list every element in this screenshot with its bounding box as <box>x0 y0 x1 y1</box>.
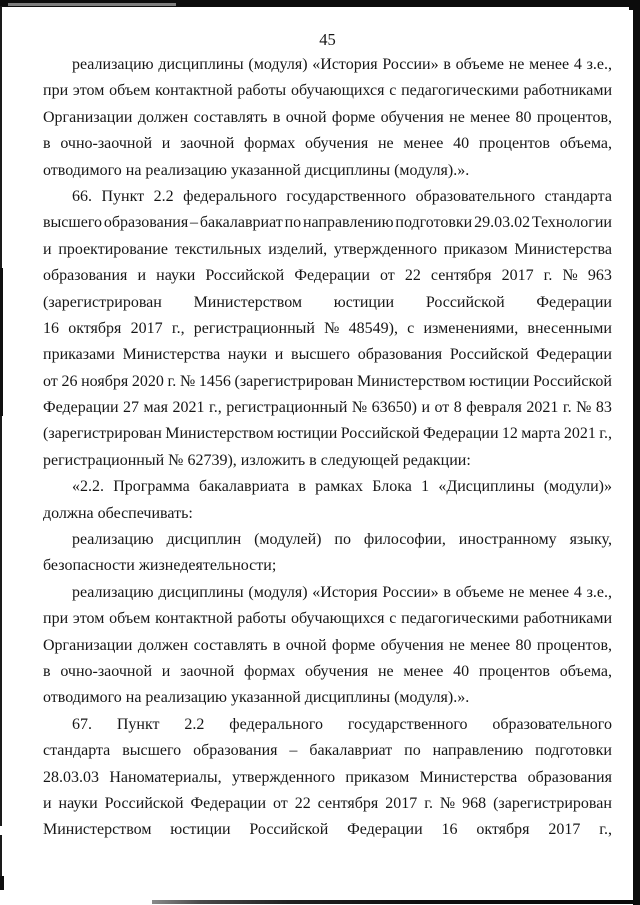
word: и <box>43 791 52 817</box>
word: текстильных <box>175 237 262 263</box>
word: февраля <box>466 395 522 421</box>
word: объема, <box>560 659 612 685</box>
text-line: ипроектированиетекстильныхизделий,утверж… <box>43 237 612 263</box>
text-line: Организациидолженсоставлятьвочнойформеоб… <box>43 633 612 659</box>
text-line: от26ноября2020г.№1456(зарегистрированМин… <box>43 369 612 395</box>
word: № <box>352 395 367 421</box>
word: бакалавриат <box>200 210 283 236</box>
word: 63650) <box>372 395 417 421</box>
word: юстиции <box>277 421 337 447</box>
word: утвержденного <box>232 765 335 791</box>
text-line: высшегообразования–бакалавриатпонаправле… <box>43 210 612 236</box>
word: 2021 <box>526 395 558 421</box>
word: объем <box>109 78 150 104</box>
word: – <box>190 210 198 236</box>
text-line: образованияинаукиРоссийскойФедерацииот22… <box>43 263 612 289</box>
word: г. <box>424 791 433 817</box>
word: и <box>43 237 52 263</box>
text-line: (зарегистрированМинистерствомюстицииРосс… <box>43 290 612 316</box>
word: объеме <box>456 580 504 606</box>
scan-edge-left-thick <box>0 268 3 416</box>
word: (зарегистрирован <box>235 369 354 395</box>
word: по <box>404 738 421 764</box>
word: и <box>275 342 284 368</box>
word: не <box>378 131 394 157</box>
word: приказами <box>43 342 115 368</box>
word: государственного <box>348 712 468 738</box>
word: Федерации <box>536 290 612 316</box>
word: (модуля) <box>248 580 307 606</box>
word: мая <box>144 395 168 421</box>
word: обучения <box>305 131 368 157</box>
word: 2.2 <box>154 184 174 210</box>
word: 40 <box>453 659 469 685</box>
word: и <box>162 131 171 157</box>
word: з.е., <box>587 52 612 78</box>
word: 1 <box>421 474 429 500</box>
word: регистрационный <box>226 395 347 421</box>
word: образования <box>104 210 188 236</box>
word: 2017 <box>385 791 417 817</box>
word: высшего <box>122 738 181 764</box>
word: Наноматериалы, <box>109 765 221 791</box>
word: № <box>576 395 591 421</box>
scan-edge-right <box>633 0 640 905</box>
word: от <box>435 395 450 421</box>
word: 80 <box>516 105 532 131</box>
text-line: Организациидолженсоставлятьвочнойформеоб… <box>43 105 612 131</box>
text-line: (зарегистрированМинистерствомюстицииРосс… <box>43 421 612 447</box>
word: стандарта <box>43 738 110 764</box>
text-line: «2.2.ПрограммабакалавриатаврамкахБлока1«… <box>43 474 612 500</box>
word: реализацию <box>72 52 154 78</box>
word: Российской <box>341 421 420 447</box>
word: федерального <box>229 712 323 738</box>
word: очно-заочной <box>60 131 152 157</box>
word: 2021 <box>564 421 596 447</box>
word: обучающихся <box>291 78 385 104</box>
word: 968 <box>462 791 486 817</box>
word: философии, <box>364 527 446 553</box>
word: Организации <box>43 633 132 659</box>
word: г., <box>599 817 612 843</box>
word: № <box>440 791 455 817</box>
text-line: вочно-заочнойизаочнойформахобучениянемен… <box>43 659 612 685</box>
word: (модуля) <box>248 52 307 78</box>
word: и <box>162 659 171 685</box>
word: Пункт <box>102 184 145 210</box>
word: сентября <box>431 263 492 289</box>
word: в <box>298 474 306 500</box>
text-line: 28.03.03Наноматериалы,утвержденногоприка… <box>43 765 612 791</box>
word: процентов, <box>537 105 612 131</box>
word: форме <box>332 105 375 131</box>
text-line: реализациюдисциплины(модуля)«ИсторияРосс… <box>43 580 612 606</box>
word: (модулей) <box>254 527 321 553</box>
word: не <box>378 659 394 685</box>
word: от <box>43 369 58 395</box>
text-line: стандартавысшегообразования–бакалавриатп… <box>43 738 612 764</box>
word: г., <box>172 316 185 342</box>
word: обучения <box>381 105 444 131</box>
word: (зарегистрирован <box>493 791 612 817</box>
word: в <box>273 633 281 659</box>
word: Российской <box>533 369 612 395</box>
word: высшего <box>291 342 350 368</box>
word: направлению <box>433 738 524 764</box>
word: России» <box>382 580 438 606</box>
word: менее <box>403 131 443 157</box>
scan-edge-top-gray <box>8 3 176 6</box>
word: регистрационный <box>194 316 315 342</box>
word: 4 <box>574 580 582 606</box>
word: образования <box>358 342 442 368</box>
word: дисциплины <box>158 52 243 78</box>
text-line: отводимого на реализацию указанной дисци… <box>43 158 612 184</box>
word: 22 <box>295 791 311 817</box>
word: юстиции <box>469 369 529 395</box>
word: Министерства <box>420 765 518 791</box>
word: высшего <box>43 210 102 236</box>
word: 2.2 <box>184 712 204 738</box>
word: менее <box>470 633 510 659</box>
word: науки <box>156 263 195 289</box>
word: обучения <box>305 659 368 685</box>
word: Министерством <box>194 290 302 316</box>
word: 66. <box>72 184 92 210</box>
word: Технологии <box>532 210 612 236</box>
word: изменениями, <box>423 316 518 342</box>
text-line: 67.Пункт2.2федеральногогосударственногоо… <box>43 712 612 738</box>
word: Федерации <box>536 342 612 368</box>
word: от <box>273 791 288 817</box>
word: сентября <box>318 791 379 817</box>
text-line: 66.Пункт2.2федеральногогосударственногоо… <box>43 184 612 210</box>
text-line: МинистерствомюстицииРоссийскойФедерации1… <box>43 817 612 843</box>
word: 80 <box>516 633 532 659</box>
word: г. <box>563 395 572 421</box>
word: в <box>273 105 281 131</box>
word: формах <box>244 131 295 157</box>
word: № <box>563 263 578 289</box>
text-line: регистрационный № 62739), изложить в сле… <box>43 448 612 474</box>
word: № <box>324 316 339 342</box>
word: заочной <box>180 659 234 685</box>
word: менее <box>529 52 569 78</box>
word: 1456 <box>199 369 231 395</box>
word: по <box>334 527 351 553</box>
word: Федерации <box>43 395 119 421</box>
word: контактной <box>155 606 233 632</box>
word: заочной <box>180 131 234 157</box>
word: 2017 <box>502 263 534 289</box>
word: бакалавриат <box>309 738 392 764</box>
word: работы <box>237 78 286 104</box>
word: Российской <box>105 791 184 817</box>
word: очной <box>286 633 327 659</box>
word: этом <box>73 606 104 632</box>
word: работниками <box>524 606 612 632</box>
word: объема, <box>560 131 612 157</box>
word: Организации <box>43 105 132 131</box>
word: науки <box>59 791 98 817</box>
word: изделий, <box>268 237 327 263</box>
word: Федерации <box>423 421 499 447</box>
word: Федерации <box>294 263 370 289</box>
word: в <box>43 131 51 157</box>
word: от <box>380 263 395 289</box>
word: Министерством <box>357 369 465 395</box>
word: 2017 <box>131 316 163 342</box>
word: юстиции <box>334 290 394 316</box>
word: работы <box>237 606 286 632</box>
word: «2.2. <box>72 474 104 500</box>
word: при <box>43 606 68 632</box>
word: 963 <box>588 263 612 289</box>
word: с <box>407 316 414 342</box>
word: менее <box>403 659 443 685</box>
word: реализацию <box>72 580 154 606</box>
word: языку, <box>570 527 612 553</box>
word: Российской <box>426 290 505 316</box>
word: образования <box>43 263 127 289</box>
word: (зарегистрирован <box>43 290 162 316</box>
word: внесенными <box>527 316 612 342</box>
text-line: отводимого на реализацию указанной дисци… <box>43 685 612 711</box>
word: ноября <box>81 369 128 395</box>
word: объем <box>109 606 150 632</box>
word: 16 <box>442 817 458 843</box>
scan-edge-bottom <box>152 900 640 904</box>
word: и <box>421 395 430 421</box>
word: менее <box>470 105 510 131</box>
word: формах <box>244 659 295 685</box>
page-number: 45 <box>43 30 612 50</box>
text-line: должна обеспечивать: <box>43 501 612 527</box>
word: 28.03.03 <box>43 765 99 791</box>
word: Российской <box>450 342 529 368</box>
word: проектирование <box>58 237 168 263</box>
word: Российской <box>249 817 328 843</box>
word: в <box>443 580 451 606</box>
word: «Дисциплины <box>438 474 534 500</box>
word: Федерации <box>347 817 423 843</box>
word: Министерством <box>165 421 273 447</box>
word: с <box>389 606 396 632</box>
text-line: Федерации27мая2021г.,регистрационный№636… <box>43 395 612 421</box>
word: России» <box>382 52 438 78</box>
word: 22 <box>405 263 421 289</box>
text-line: 16октября2017г.,регистрационный№48549),с… <box>43 316 612 342</box>
scan-edge-top <box>0 0 640 7</box>
word: реализацию <box>72 527 154 553</box>
word: дисциплины <box>158 580 243 606</box>
text-line: реализациюдисциплин(модулей)пофилософии,… <box>43 527 612 553</box>
word: педагогическими <box>401 606 519 632</box>
word: не <box>509 580 525 606</box>
word: 2017 <box>548 817 580 843</box>
word: бакалавриата <box>199 474 289 500</box>
word: 27 <box>123 395 139 421</box>
word: при <box>43 78 68 104</box>
word: иностранному <box>459 527 557 553</box>
word: 2021 <box>173 395 205 421</box>
document-body: реализациюдисциплины(модуля)«ИсторияРосс… <box>43 52 612 844</box>
word: утвержденного <box>334 237 437 263</box>
word: в <box>43 659 51 685</box>
word: науки <box>228 342 267 368</box>
word: Федерации <box>190 791 266 817</box>
word: з.е., <box>587 580 612 606</box>
word: октября <box>476 817 529 843</box>
word: не <box>449 105 465 131</box>
word: очной <box>286 105 327 131</box>
word: 4 <box>574 52 582 78</box>
word: образовательного <box>416 184 536 210</box>
word: 2020 <box>132 369 164 395</box>
text-line: вочно-заочнойизаочнойформахобучениянемен… <box>43 131 612 157</box>
word: № <box>180 369 195 395</box>
word: по <box>285 210 302 236</box>
scan-edge-right-cap <box>629 0 640 10</box>
word: дисциплин <box>167 527 242 553</box>
word: октября <box>68 316 121 342</box>
word: марта <box>521 421 560 447</box>
word: процентов <box>479 659 550 685</box>
word: стандарта <box>545 184 612 210</box>
word: г., <box>209 395 222 421</box>
word: не <box>449 633 465 659</box>
scan-edge-left <box>0 6 2 890</box>
word: обучения <box>381 633 444 659</box>
word: подготовки <box>535 738 612 764</box>
word: государственного <box>286 184 406 210</box>
word: 29.03.02 <box>474 210 530 236</box>
word: г. <box>544 263 553 289</box>
word: в <box>443 52 451 78</box>
word: этом <box>73 78 104 104</box>
scan-edge-left-blob <box>0 876 4 890</box>
word: г., <box>599 421 612 447</box>
word: Пункт <box>117 712 160 738</box>
word: Министерством <box>43 817 151 843</box>
word: юстиции <box>170 817 230 843</box>
word: объеме <box>456 52 504 78</box>
word: форме <box>332 633 375 659</box>
word: процентов, <box>537 633 612 659</box>
word: Блока <box>372 474 412 500</box>
word: направлению <box>303 210 394 236</box>
word: составлять <box>194 105 268 131</box>
word: (зарегистрирован <box>43 421 162 447</box>
word: с <box>389 78 396 104</box>
word: подготовки <box>395 210 472 236</box>
word: очно-заочной <box>60 659 152 685</box>
word: 16 <box>43 316 59 342</box>
word: педагогическими <box>401 78 519 104</box>
text-line: инаукиРоссийскойФедерацииот22сентября201… <box>43 791 612 817</box>
word: (модули)» <box>544 474 612 500</box>
word: не <box>509 52 525 78</box>
word: 8 <box>454 395 462 421</box>
word: составлять <box>194 633 268 659</box>
word: работниками <box>524 78 612 104</box>
word: 12 <box>502 421 518 447</box>
word: Российской <box>205 263 284 289</box>
word: – <box>289 738 297 764</box>
word: образования <box>528 765 612 791</box>
text-line: реализациюдисциплины(модуля)«ИсторияРосс… <box>43 52 612 78</box>
word: «История <box>312 580 377 606</box>
word: 83 <box>596 395 612 421</box>
word: 67. <box>72 712 92 738</box>
word: образования <box>193 738 277 764</box>
word: «История <box>312 52 377 78</box>
text-line: приэтомобъемконтактнойработыобучающихсяс… <box>43 606 612 632</box>
word: и <box>137 263 146 289</box>
scan-edge-left-gap <box>0 826 4 835</box>
word: 26 <box>61 369 77 395</box>
word: г. <box>168 369 177 395</box>
text-line: безопасности жизнедеятельности; <box>43 553 612 579</box>
word: процентов <box>479 131 550 157</box>
text-line: приэтомобъемконтактнойработыобучающихсяс… <box>43 78 612 104</box>
word: 40 <box>453 131 469 157</box>
word: 48549), <box>349 316 398 342</box>
word: приказом <box>444 237 508 263</box>
word: должен <box>138 633 188 659</box>
word: Министерства <box>514 237 612 263</box>
text-line: приказамиМинистерстванаукиивысшегообразо… <box>43 342 612 368</box>
document-page: 45 реализациюдисциплины(модуля)«ИсторияР… <box>0 0 640 905</box>
word: федерального <box>183 184 277 210</box>
word: приказом <box>345 765 409 791</box>
word: образовательного <box>492 712 612 738</box>
word: обучающихся <box>291 606 385 632</box>
word: контактной <box>155 78 233 104</box>
word: рамках <box>315 474 363 500</box>
word: менее <box>529 580 569 606</box>
word: Министерства <box>123 342 221 368</box>
word: должен <box>138 105 188 131</box>
word: Программа <box>113 474 189 500</box>
